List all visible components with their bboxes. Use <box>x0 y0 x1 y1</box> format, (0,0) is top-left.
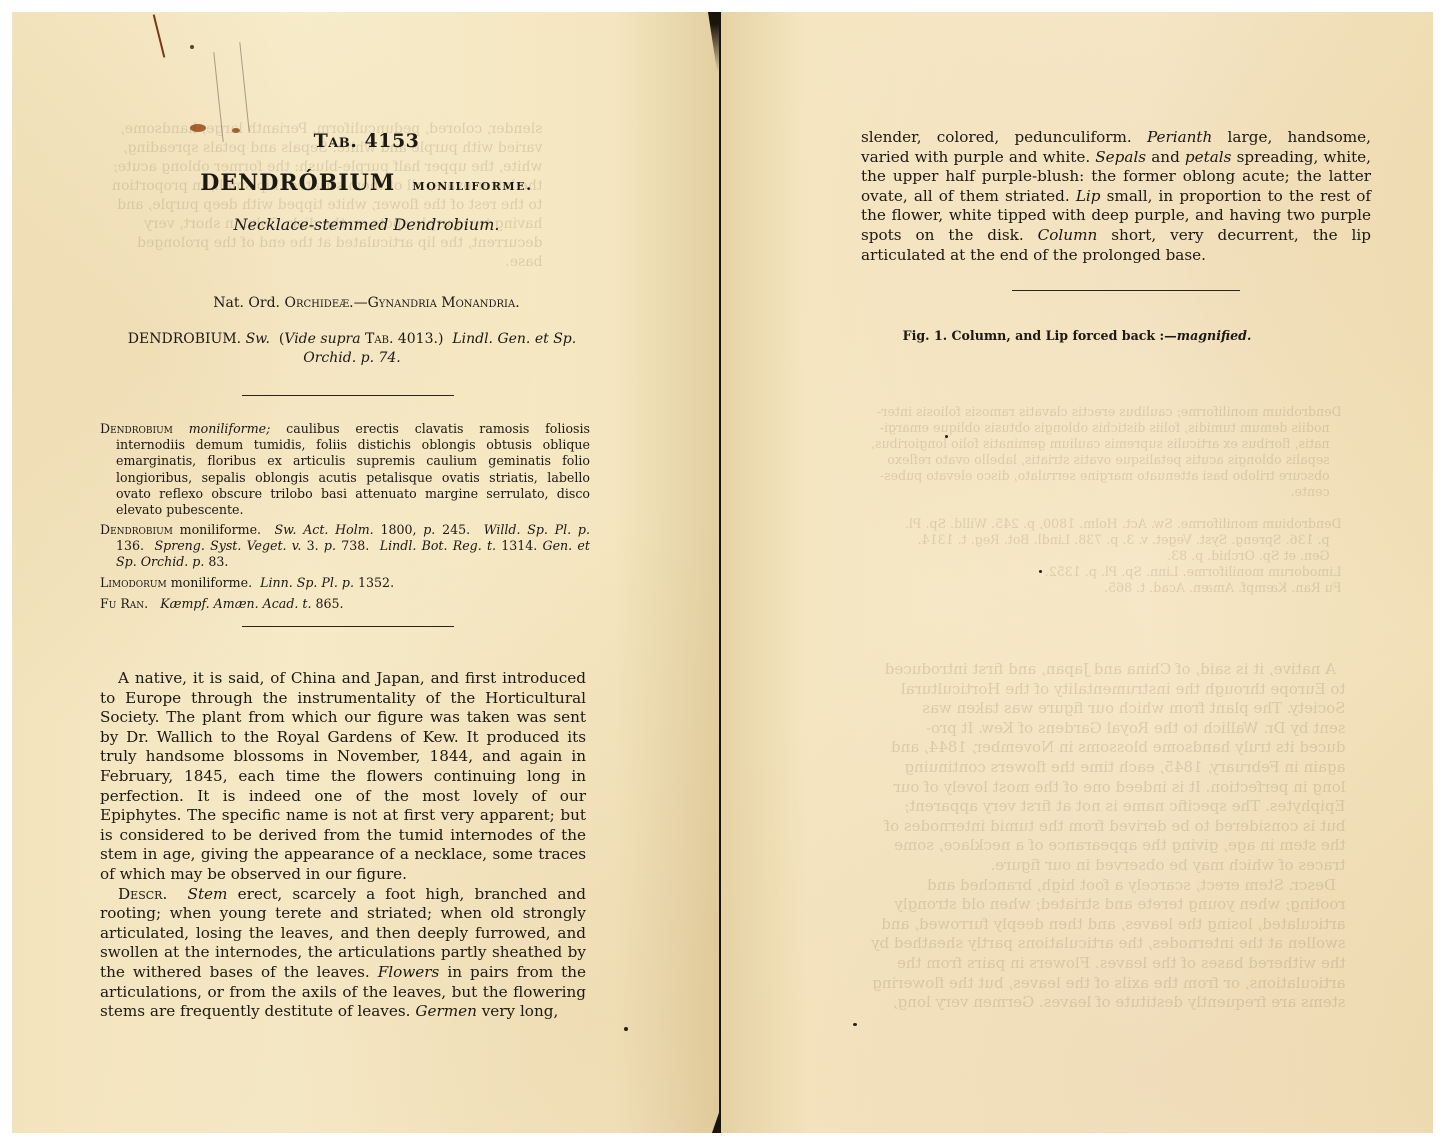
descr-text: and <box>1146 148 1185 166</box>
synonym-genus: Fu Ran. <box>100 596 148 611</box>
synonym-name: moniliforme. <box>180 522 261 537</box>
figure-caption: Fig. 1. Column, and Lip forced back :—ma… <box>721 328 1433 343</box>
foxing-spot <box>624 1027 628 1031</box>
term-italic: Stem <box>188 885 228 903</box>
ref-italic: Kæmpf. Amæn. Acad. t. <box>160 596 311 611</box>
synonym-genus: Limodorum <box>100 575 167 590</box>
ref-italic: Willd. Sp. Pl. p. <box>484 522 590 537</box>
term-italic: Lip <box>1076 187 1101 205</box>
latin-text: caulibus erectis clavatis ramosis folios… <box>116 421 590 517</box>
left-page: slender, colored, pedunculiform. Periant… <box>12 12 721 1133</box>
tab-number: 4013.) <box>398 331 444 347</box>
natural-order: Nat. Ord. Orchideæ.—Gynandria Monandria. <box>12 295 721 311</box>
foxing-spot <box>945 435 948 438</box>
term-italic: Sepals <box>1095 148 1146 166</box>
descr-text: very long, <box>477 1002 558 1020</box>
genus-ref-page: p. 74. <box>361 350 401 366</box>
latin-diagnosis: Dendrobium moniliforme; caulibus erectis… <box>100 421 590 522</box>
foxing-spot <box>1039 570 1042 573</box>
descr-paragraph: Descr. Stem erect, scarcely a foot high,… <box>100 885 586 1022</box>
ref-italic: Linn. Sp. Pl. p. <box>260 575 354 590</box>
ref-plain: 738. <box>341 538 369 553</box>
synonymy: Dendrobium moniliforme. Sw. Act. Holm. 1… <box>100 522 590 617</box>
ref-italic: Spreng. Syst. Veget. v. <box>155 538 302 553</box>
ref-italic: p. <box>423 522 435 537</box>
plate-number: Tab. 4153 <box>314 130 420 152</box>
term-italic: Germen <box>415 1002 477 1020</box>
ink-scratch <box>153 14 166 57</box>
vide-supra: Vide supra <box>284 331 360 347</box>
intro-paragraph: A native, it is said, of China and Japan… <box>100 669 586 885</box>
ref-plain: 136. <box>116 538 144 553</box>
linnaean-class: Gynandria Monandria. <box>368 295 520 311</box>
term-italic: Flowers <box>378 963 440 981</box>
figure-caption-emphasis: magnified. <box>1177 328 1252 343</box>
genus-ref-name: DENDROBIUM. <box>128 331 241 347</box>
ref-plain: 245. <box>442 522 470 537</box>
ink-stain <box>190 45 194 49</box>
ref-plain: 83. <box>208 554 228 569</box>
em-dash: — <box>354 295 368 311</box>
continued-paragraph: slender, colored, pedunculiform. Periant… <box>861 128 1371 265</box>
synonym-genus: Dendrobium <box>100 522 173 537</box>
description-continued: slender, colored, pedunculiform. Periant… <box>861 128 1371 265</box>
ref-plain: 1352. <box>358 575 394 590</box>
pencil-mark <box>213 52 223 142</box>
latin-diagnosis-text: Dendrobium moniliforme; caulibus erectis… <box>100 421 590 518</box>
ref-italic: Lindl. Bot. Reg. t. <box>380 538 496 553</box>
natural-order-prefix: Nat. Ord. <box>213 295 280 311</box>
description-body: A native, it is said, of China and Japan… <box>100 669 586 1022</box>
divider-rule <box>242 395 454 396</box>
bleed-through-text: Dendrobium moniliforme; caulibus erectis… <box>871 404 1342 596</box>
descr-text: slender, colored, pedunculiform. <box>861 128 1147 146</box>
ref-italic: p. <box>324 538 336 553</box>
synonym-entry: Limodorum moniliforme. Linn. Sp. Pl. p. … <box>100 575 590 591</box>
foxing-spot <box>853 1023 857 1026</box>
common-name: Necklace-stemmed Dendrobium. <box>12 215 721 234</box>
term-italic: Column <box>1038 226 1098 244</box>
figure-caption-text: Fig. 1. Column, and Lip forced back :— <box>903 328 1177 343</box>
ref-italic: Sw. Act. Holm. <box>275 522 374 537</box>
ref-plain: 865. <box>315 596 343 611</box>
book-spread: slender, colored, pedunculiform. Periant… <box>12 12 1433 1133</box>
latin-genus: Dendrobium <box>100 421 173 436</box>
divider-rule <box>242 626 454 627</box>
bleed-through-text: A native, it is said, of China and Japan… <box>871 660 1346 1013</box>
plate-label: Tab. 4153 <box>12 130 721 152</box>
divider-rule <box>1012 290 1240 291</box>
synonym-name: moniliforme. <box>171 575 252 590</box>
synonym-entry: Fu Ran. Kæmpf. Amæn. Acad. t. 865. <box>100 596 590 612</box>
right-page: Dendrobium moniliforme; caulibus erectis… <box>721 12 1433 1133</box>
species-title: DENDRÓBIUM moniliforme. <box>12 170 721 196</box>
ref-plain: 1314. <box>501 538 537 553</box>
synonym-entry: Dendrobium moniliforme. Sw. Act. Holm. 1… <box>100 522 590 570</box>
tab-label: Tab. <box>365 331 393 347</box>
term-italic: petals <box>1185 148 1232 166</box>
descr-label: Descr. <box>118 885 167 903</box>
ref-plain: 3. <box>307 538 319 553</box>
ref-plain: 1800, <box>380 522 416 537</box>
genus-name: DENDRÓBIUM <box>200 170 395 196</box>
term-italic: Perianth <box>1147 128 1212 146</box>
genus-ref-authority: Sw. <box>246 331 270 347</box>
genus-reference: DENDROBIUM. Sw. (Vide supra Tab. 4013.) … <box>102 330 602 368</box>
species-name: moniliforme. <box>413 176 533 194</box>
latin-species: moniliforme; <box>189 421 271 436</box>
pencil-mark <box>239 42 249 132</box>
natural-order-name: Orchideæ. <box>284 295 353 311</box>
